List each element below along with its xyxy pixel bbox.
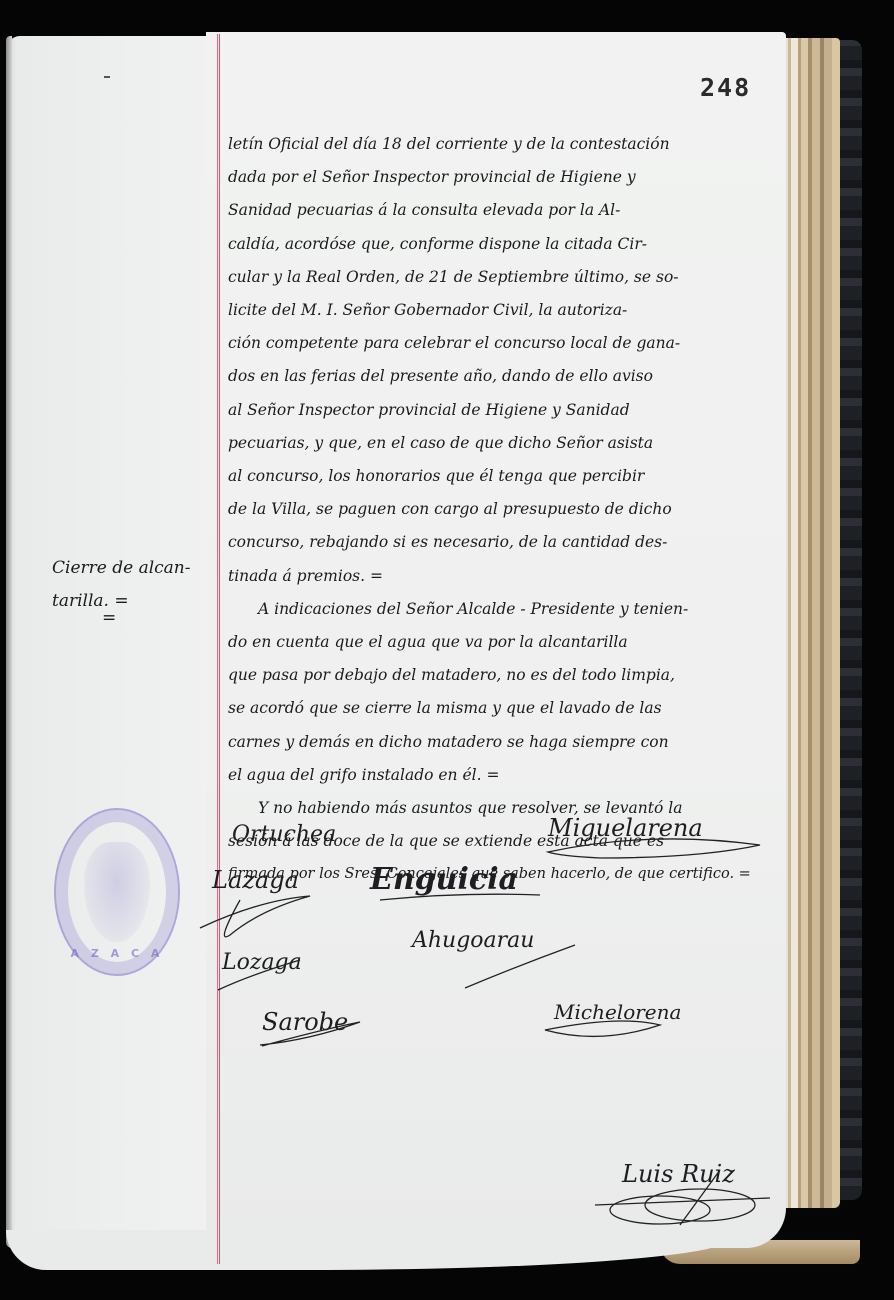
text-line: de la Villa, se paguen con cargo al pres… <box>228 493 773 526</box>
text-line: Sanidad pecuarias á la consulta elevada … <box>228 194 773 227</box>
stamp-text: A Z A C A <box>56 947 178 960</box>
signature-enguicia: Enguicia <box>370 862 518 897</box>
text-line: pecuarias, y que, en el caso de que dich… <box>228 427 773 460</box>
page-number: 248 <box>700 73 751 102</box>
text-line: que pasa por debajo del matadero, no es … <box>228 659 773 692</box>
text-line: el agua del grifo instalado en él. = <box>228 759 773 792</box>
text-line: al Señor Inspector provincial de Higiene… <box>228 394 773 427</box>
signature-miguelarena: Miguelarena <box>548 814 703 842</box>
ink-mark <box>104 76 110 78</box>
spine-shadow <box>6 36 12 1248</box>
left-page <box>6 36 216 1248</box>
text-line: concurso, rebajando si es necesario, de … <box>228 526 773 559</box>
text-line: do en cuenta que el agua que va por la a… <box>228 626 773 659</box>
text-line: se acordó que se cierre la misma y que e… <box>228 692 773 725</box>
text-line: al concurso, los honorarios que él tenga… <box>228 460 773 493</box>
signature-sarobe: Sarobe <box>262 1008 348 1036</box>
minutes-body: letín Oficial del día 18 del corriente y… <box>228 128 773 892</box>
text-line: licite del M. I. Señor Gobernador Civil,… <box>228 294 773 327</box>
margin-note: Cierre de alcan- tarilla. = = <box>52 552 212 635</box>
paragraph-concurso-ganados: letín Oficial del día 18 del corriente y… <box>228 128 773 593</box>
coat-of-arms-icon <box>84 842 150 942</box>
paragraph-cierre-alcantarilla: A indicaciones del Señor Alcalde - Presi… <box>228 593 773 792</box>
signature-ortuchea: Ortuchea <box>232 822 336 847</box>
margin-note-line: Cierre de alcan- <box>52 552 212 585</box>
stacked-page-edges <box>782 38 840 1208</box>
text-line: letín Oficial del día 18 del corriente y… <box>228 128 773 161</box>
text-line: tinada á premios. = <box>228 560 773 593</box>
text-line: A indicaciones del Señor Alcalde - Presi… <box>228 593 773 626</box>
text-line: carnes y demás en dicho matadero se haga… <box>228 726 773 759</box>
municipal-seal-stamp: A Z A C A <box>54 808 180 976</box>
signature-michelorena: Michelorena <box>554 1000 681 1024</box>
text-line: cular y la Real Orden, de 21 de Septiemb… <box>228 261 773 294</box>
text-line: dada por el Señor Inspector provincial d… <box>228 161 773 194</box>
text-line: ción competente para celebrar el concurs… <box>228 327 773 360</box>
signature-lazaga: Lazaga <box>212 866 299 894</box>
signature-lozaga: Lozaga <box>222 950 302 975</box>
text-line: dos en las ferias del presente año, dand… <box>228 360 773 393</box>
signature-ahugoarau: Ahugoarau <box>412 928 534 953</box>
text-line: caldía, acordóse que, conforme dispone l… <box>228 228 773 261</box>
red-margin-rule <box>217 34 220 1264</box>
signature-secretary: Luis Ruiz <box>622 1160 735 1188</box>
